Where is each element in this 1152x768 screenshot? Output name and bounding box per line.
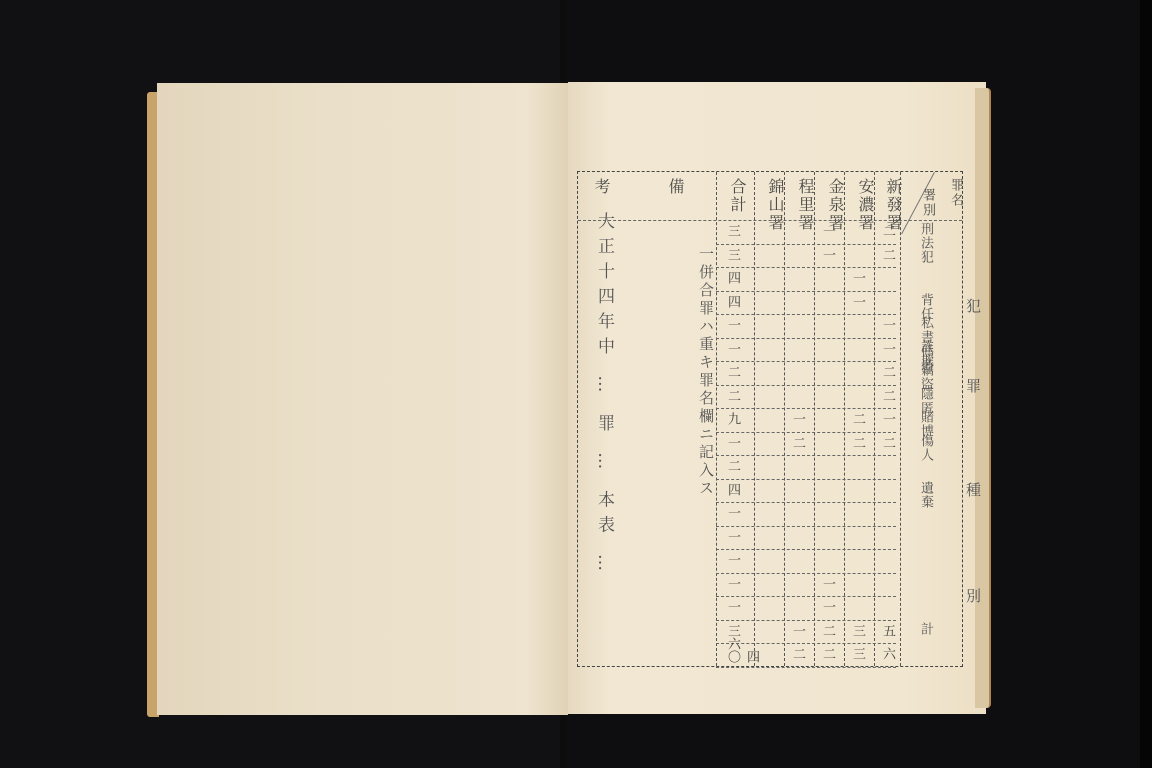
table-cell: 二 — [788, 647, 807, 660]
remarks-header-2: 考 — [590, 178, 613, 196]
table-cell: 二 — [723, 389, 742, 402]
table-cell: 一 — [723, 530, 742, 543]
row-divider — [716, 455, 896, 456]
row-divider — [716, 596, 896, 597]
side-label-2: 罪 — [963, 378, 984, 394]
table-cell: 二 — [878, 224, 897, 237]
row-divider — [716, 244, 896, 245]
row-divider — [716, 338, 896, 339]
column-divider — [874, 172, 875, 666]
table-cell: 一 — [818, 577, 837, 590]
table-cell: 二 — [848, 412, 867, 425]
table-cell: 四 — [723, 271, 742, 284]
table-cell: 六 — [878, 647, 897, 660]
row-divider — [716, 573, 896, 574]
table-cell: 二 — [723, 365, 742, 378]
category-label: 傷人 — [916, 434, 935, 462]
header-divider — [578, 220, 962, 221]
remarks-header: 備 — [664, 178, 687, 196]
table-cell: 三 — [848, 647, 867, 660]
table-cell: 五 — [878, 624, 897, 637]
table-cell: 二 — [788, 436, 807, 449]
table-cell: 一 — [723, 600, 742, 613]
column-divider — [900, 172, 901, 666]
frame-edge — [1140, 0, 1152, 768]
table-cell: 一 — [848, 295, 867, 308]
table-cell: 九 — [723, 412, 742, 425]
station-header-total: 合計 — [726, 178, 749, 214]
table-cell: 一 — [788, 624, 807, 637]
row-divider — [716, 361, 896, 362]
column-divider — [814, 172, 815, 666]
column-divider — [716, 172, 717, 666]
table-cell: 一 — [818, 248, 837, 261]
table-cell: 二 — [723, 459, 742, 472]
row-divider — [716, 385, 896, 386]
category-label: 刑法犯 — [916, 222, 935, 264]
table-cell: 二 — [878, 365, 897, 378]
table-cell: 二 — [878, 248, 897, 261]
table-cell: 一 — [723, 342, 742, 355]
table-cell: 一 — [878, 412, 897, 425]
row-divider — [716, 526, 896, 527]
table-cell: 三 — [723, 224, 742, 237]
table-cell: 一 — [723, 318, 742, 331]
table-cell: 四〇 — [723, 647, 761, 666]
table-cell: 一 — [788, 412, 807, 425]
table-cell: 三六 — [723, 624, 742, 650]
row-divider — [716, 267, 896, 268]
row-divider — [716, 620, 896, 621]
row-divider — [716, 479, 896, 480]
table-cell: 一 — [723, 577, 742, 590]
corner-header-station: 署別 — [918, 188, 937, 218]
row-divider — [716, 502, 896, 503]
table-cell: 二 — [818, 624, 837, 637]
corner-header-crime: 罪名 — [946, 178, 965, 208]
table-cell: 四 — [723, 483, 742, 496]
table-cell: 三 — [848, 624, 867, 637]
table-cell: 二 — [848, 436, 867, 449]
row-divider — [716, 549, 896, 550]
table-cell: 四 — [723, 295, 742, 308]
faint-margin-text: 大正十四年中 … 罪 … 本表 … — [592, 212, 617, 579]
table-cell: 一 — [723, 553, 742, 566]
table-cell: 一 — [848, 271, 867, 284]
table-cell: 一 — [723, 506, 742, 519]
column-divider — [754, 172, 755, 666]
side-label-4: 別 — [963, 588, 984, 604]
table-cell: 一 — [878, 318, 897, 331]
table-cell: 二 — [878, 436, 897, 449]
table-cell: 二 — [818, 647, 837, 660]
table-cell: 一 — [878, 342, 897, 355]
row-divider — [716, 408, 896, 409]
left-page-blank — [157, 83, 568, 715]
row-divider — [716, 314, 896, 315]
table-cell: 一 — [818, 600, 837, 613]
table-cell: 二 — [878, 389, 897, 402]
table-cell: 一 — [723, 436, 742, 449]
side-label-3: 種 — [963, 482, 984, 498]
table-cell: 三 — [723, 248, 742, 261]
row-divider — [716, 291, 896, 292]
table-cell: 一 — [818, 224, 837, 237]
row-divider — [716, 667, 896, 668]
column-divider — [844, 172, 845, 666]
category-label: 計 — [916, 622, 935, 636]
remarks-note: 一併合罪ハ重キ罪名欄ニ記入ス — [696, 246, 717, 498]
row-divider — [716, 432, 896, 433]
category-label: 遺棄 — [916, 481, 935, 509]
column-divider — [784, 172, 785, 666]
page-stack-edge — [975, 88, 991, 708]
crime-statistics-table: 罪名 署別 新發署 安濃署 金泉署 程里署 錦山署 合計 備 考 一併合罪ハ重キ… — [577, 171, 963, 667]
side-label-1: 犯 — [963, 298, 984, 314]
row-divider — [716, 643, 896, 644]
